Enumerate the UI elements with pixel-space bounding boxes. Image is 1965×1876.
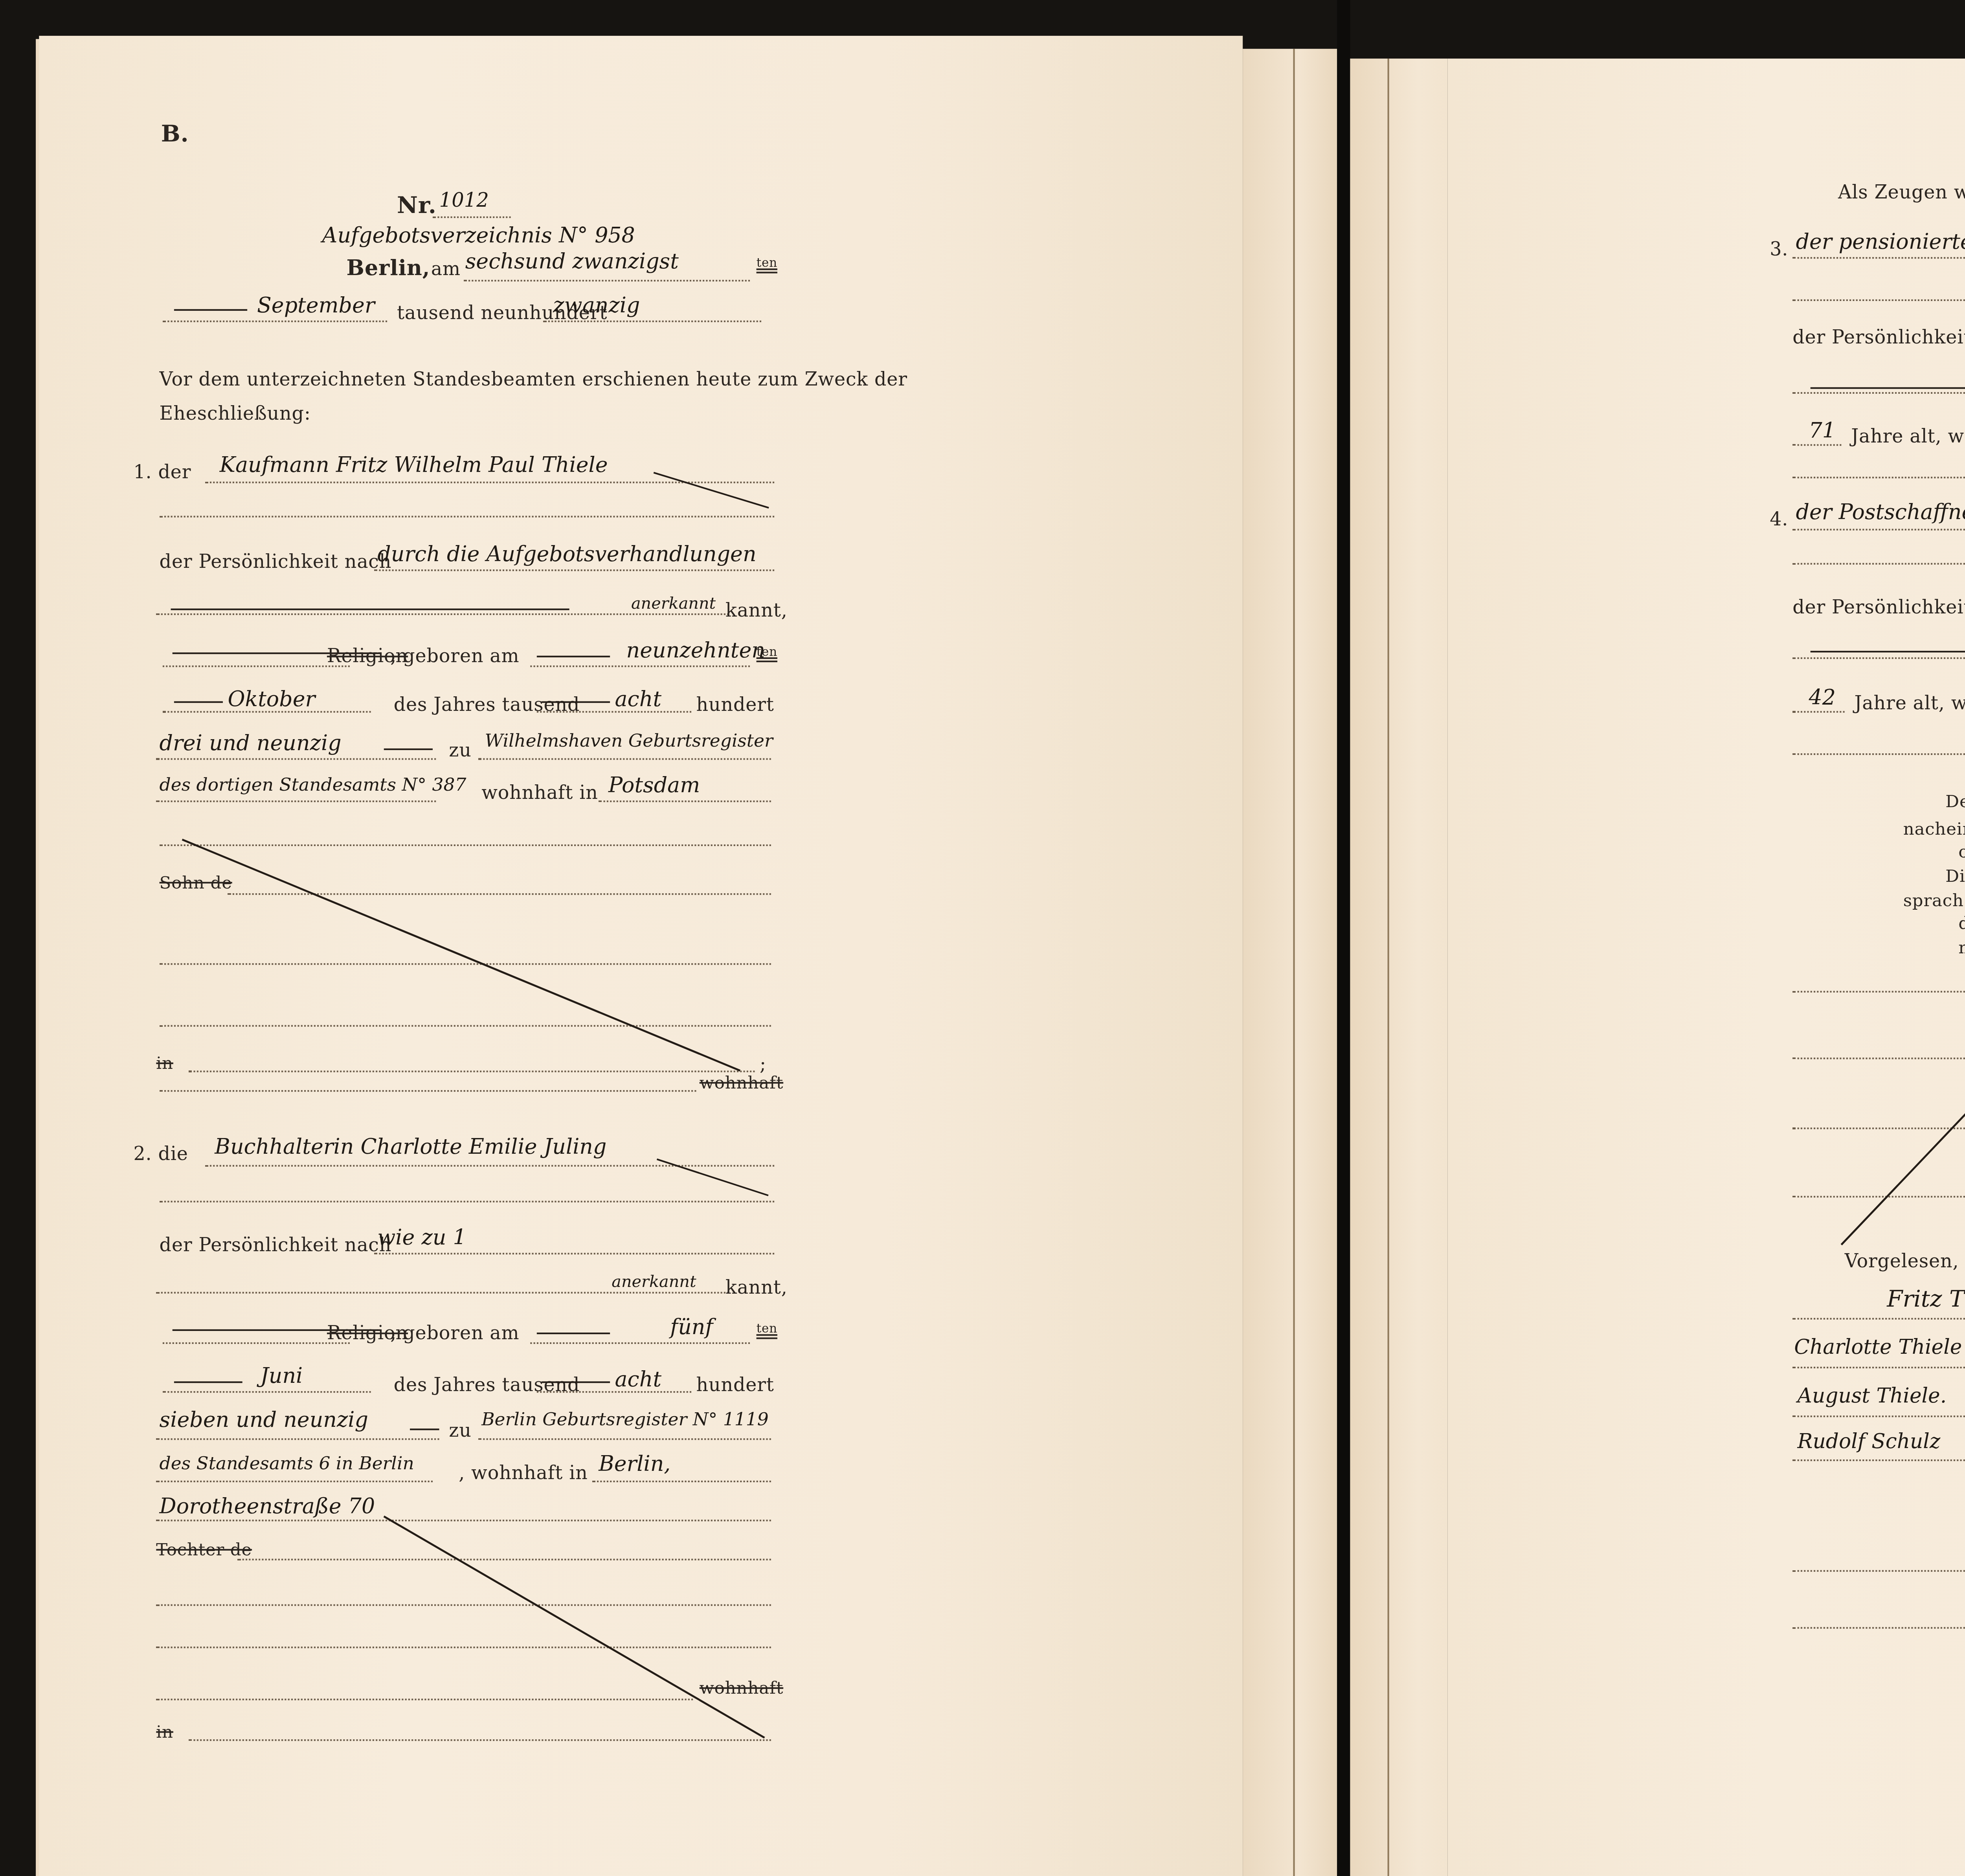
cancellation-strokes <box>0 0 1965 1876</box>
scanned-book-spread: B. Nr. 1012 Aufgebotsverzeichnis N° 958 … <box>0 0 1965 1876</box>
